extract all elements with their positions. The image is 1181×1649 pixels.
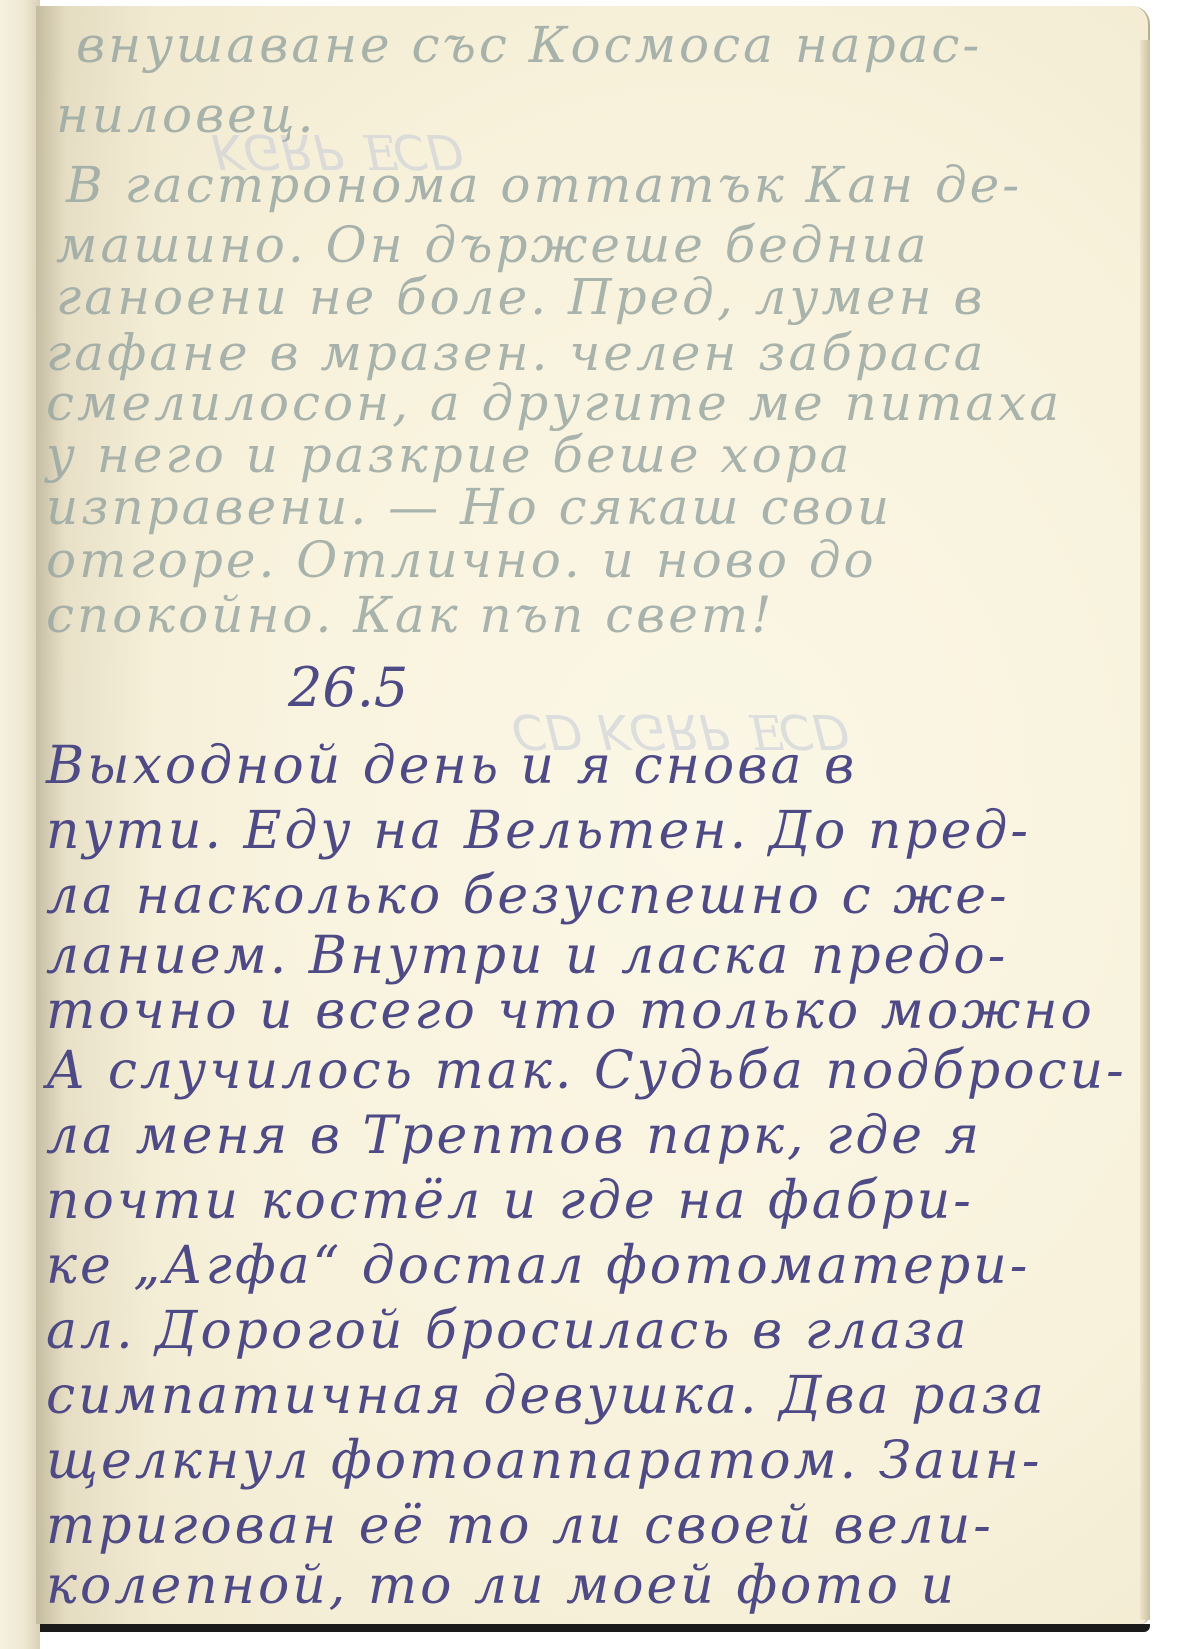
- entry-date: 26.5: [288, 656, 408, 719]
- text-line: ганоени не боле. Пред, лумен в: [56, 268, 985, 326]
- cover-edge: [40, 1624, 1150, 1632]
- page-edge: [1140, 40, 1150, 1620]
- text-line: А случилось так. Судьба подброси-: [46, 1041, 1127, 1101]
- text-line: ла насколько безуспешно с же-: [46, 866, 1010, 926]
- diary-page: ꓷꓛƎ ꓒꓤꓨꓘ ꓷꓛƎ ꓒꓤꓨꓘ ꓷꓛ внушаване със Космо…: [36, 6, 1150, 1624]
- text-line: машино. Он държеше бедниа: [56, 216, 930, 274]
- text-line: внушаване със Космоса нарас-: [76, 16, 982, 74]
- text-line: В гастронома оттатък Кан де-: [66, 156, 1022, 214]
- text-line: ла меня в Трептов парк, где я: [46, 1106, 982, 1166]
- left-page-edge: [0, 0, 40, 1649]
- text-line: спокойно. Как пъп свет!: [46, 586, 774, 644]
- text-line: щелкнул фотоаппаратом. Заин-: [46, 1431, 1042, 1491]
- text-line: колепной, то ли моей фото и: [46, 1556, 957, 1616]
- text-line: Выходной день и я снова в: [46, 736, 857, 796]
- text-line: ланием. Внутри и ласка предо-: [46, 926, 1008, 986]
- text-line: изправени. — Но сякаш свои: [46, 478, 892, 536]
- text-line: ниловец.: [56, 86, 317, 144]
- text-line: у него и разкрие беше хора: [46, 426, 853, 484]
- text-line: отгоре. Отлично. и ново до: [46, 531, 877, 589]
- text-line: ал. Дорогой бросилась в глаза: [46, 1301, 970, 1361]
- text-line: пути. Еду на Вельтен. До пред-: [46, 801, 1031, 861]
- text-line: симпатичная девушка. Два раза: [46, 1366, 1047, 1426]
- text-line: ке „Агфа“ достал фотоматери-: [46, 1236, 1030, 1296]
- text-line: точно и всего что только можно: [46, 981, 1095, 1041]
- text-line: смелилосон, а другите ме питаха: [46, 374, 1062, 432]
- text-line: почти костёл и где на фабри-: [46, 1171, 974, 1231]
- notebook-spread: ꓷꓛƎ ꓒꓤꓨꓘ ꓷꓛƎ ꓒꓤꓨꓘ ꓷꓛ внушаване със Космо…: [0, 0, 1181, 1649]
- text-line: тригован её то ли своей вели-: [46, 1496, 994, 1556]
